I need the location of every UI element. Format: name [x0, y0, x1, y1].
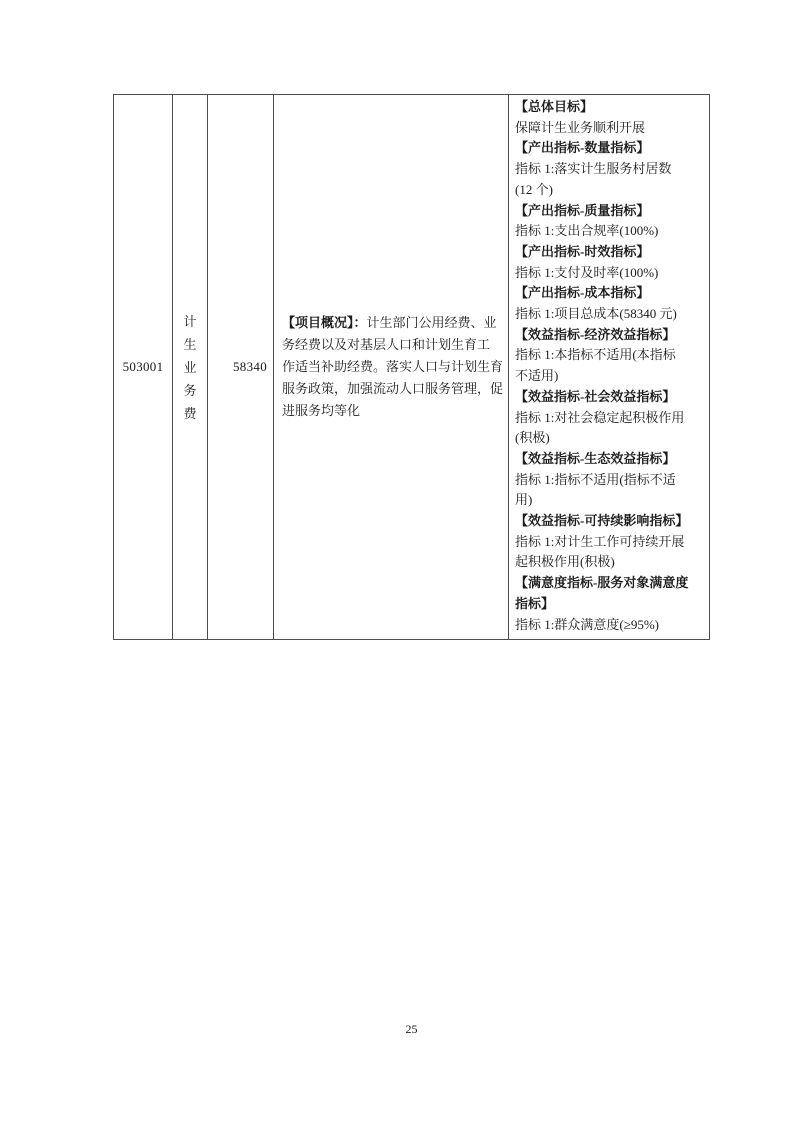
document-page: { "page": { "number": "25" }, "table": {… [0, 0, 793, 1122]
indicator-line: 【效益指标-经济效益指标】 [515, 325, 708, 346]
indicator-line: 【产出指标-时效指标】 [515, 242, 708, 263]
indicator-line: (12 个) [515, 180, 708, 201]
indicator-line: 【满意度指标-服务对象满意度 [515, 573, 708, 594]
description-line: 作适当补助经费。落实人口与计划生育 [282, 356, 503, 378]
project-name-char: 务 [183, 379, 196, 402]
indicator-line: 【产出指标-数量指标】 [515, 138, 708, 159]
indicator-line: 指标 1:支付及时率(100%) [515, 263, 708, 284]
project-name-vertical: 计生业务费 [183, 310, 196, 425]
project-name-char: 计 [183, 310, 196, 333]
project-code-cell: 503001 [114, 95, 173, 639]
indicator-line: 指标 1:对社会稳定起积极作用 [515, 408, 708, 429]
project-name-char: 费 [183, 402, 196, 425]
indicator-line: 指标 1:群众满意度(≥95%) [515, 615, 708, 636]
indicator-line: 指标 1:项目总成本(58340 元) [515, 304, 708, 325]
indicator-line: 【效益指标-社会效益指标】 [515, 387, 708, 408]
performance-indicators-cell: 【总体目标】保障计生业务顺利开展【产出指标-数量指标】指标 1:落实计生服务村居… [509, 95, 711, 639]
description-line: 务经费以及对基层人口和计划生育工 [282, 334, 503, 356]
indicator-line: 【产出指标-质量指标】 [515, 201, 708, 222]
indicator-line: (积极) [515, 428, 708, 449]
project-name-char: 业 [183, 356, 196, 379]
project-budget-table: 503001 计生业务费 58340 【项目概况】：计生部门公用经费、业务经费以… [113, 94, 710, 640]
project-name-char: 生 [183, 333, 196, 356]
description-line: 服务政策，加强流动人口服务管理，促 [282, 378, 503, 400]
project-amount: 58340 [233, 359, 267, 375]
indicator-line: 指标 1:支出合规率(100%) [515, 221, 708, 242]
indicator-line: 起积极作用(积极) [515, 552, 708, 573]
indicator-line: 【产出指标-成本指标】 [515, 283, 708, 304]
description-line: 进服务均等化 [282, 400, 503, 422]
indicator-line: 保障计生业务顺利开展 [515, 118, 708, 139]
indicator-line: 【效益指标-生态效益指标】 [515, 449, 708, 470]
page-number: 25 [113, 1022, 710, 1037]
indicator-line: 【总体目标】 [515, 97, 708, 118]
project-description-cell: 【项目概况】：计生部门公用经费、业务经费以及对基层人口和计划生育工作适当补助经费… [274, 95, 509, 639]
indicator-line: 不适用) [515, 366, 708, 387]
indicator-line: 用) [515, 490, 708, 511]
indicator-line: 指标】 [515, 594, 708, 615]
indicator-line: 指标 1:指标不适用(指标不适 [515, 470, 708, 491]
indicator-line: 指标 1:落实计生服务村居数 [515, 159, 708, 180]
project-name-cell: 计生业务费 [173, 95, 208, 639]
project-code: 503001 [123, 359, 164, 375]
project-description: 【项目概况】：计生部门公用经费、业务经费以及对基层人口和计划生育工作适当补助经费… [282, 312, 503, 422]
indicator-line: 【效益指标-可持续影响指标】 [515, 511, 708, 532]
indicator-line: 指标 1:本指标不适用(本指标 [515, 345, 708, 366]
description-line: 【项目概况】：计生部门公用经费、业 [282, 312, 503, 334]
project-amount-cell: 58340 [208, 95, 274, 639]
indicator-line: 指标 1:对计生工作可持续开展 [515, 532, 708, 553]
